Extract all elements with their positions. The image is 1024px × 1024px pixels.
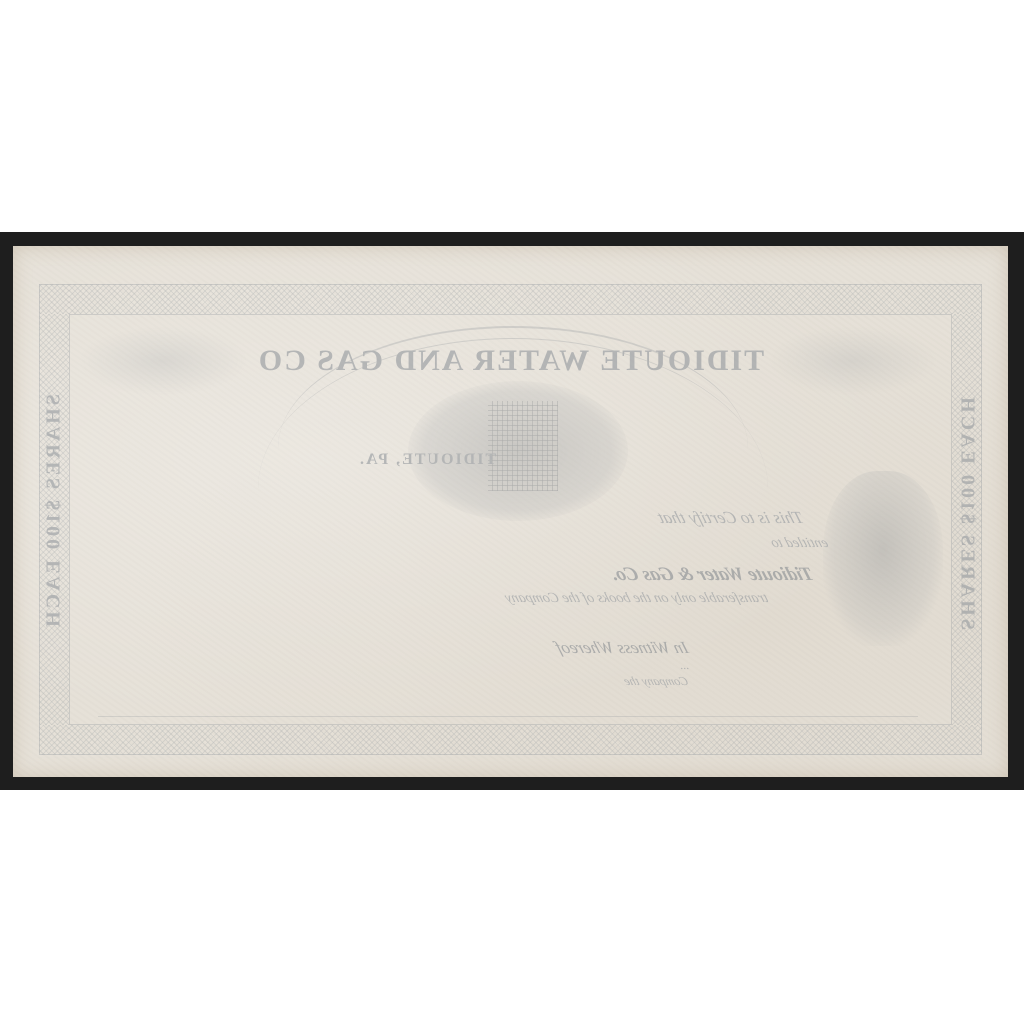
border-text-right: SHARES $100 EACH bbox=[43, 394, 66, 630]
body-line-2: entitled to bbox=[769, 536, 831, 552]
witness-line: In Witness Whereof bbox=[553, 638, 691, 658]
company-title: TIDIOUTE WATER AND GAS CO bbox=[13, 344, 1008, 378]
body-line-company: Tidioute Water & Gas Co. bbox=[608, 564, 817, 586]
border-text-left: SHARES $100 EACH bbox=[956, 394, 979, 630]
body-line-1: This is to Certify that bbox=[655, 508, 806, 528]
building-icon bbox=[488, 401, 558, 491]
signature-rule bbox=[98, 716, 918, 717]
certificate-paper: SHARES $100 EACH SHARES $100 EACH TIDIOU… bbox=[13, 246, 1008, 777]
city-location: TIDIOUTE, PA. bbox=[358, 451, 496, 469]
body-line-7: Company the bbox=[622, 674, 691, 689]
show-through-layer: SHARES $100 EACH SHARES $100 EACH TIDIOU… bbox=[13, 246, 1008, 777]
body-line-4: transferable only on the books of the Co… bbox=[503, 591, 771, 607]
allegorical-figure-vignette bbox=[823, 471, 943, 646]
